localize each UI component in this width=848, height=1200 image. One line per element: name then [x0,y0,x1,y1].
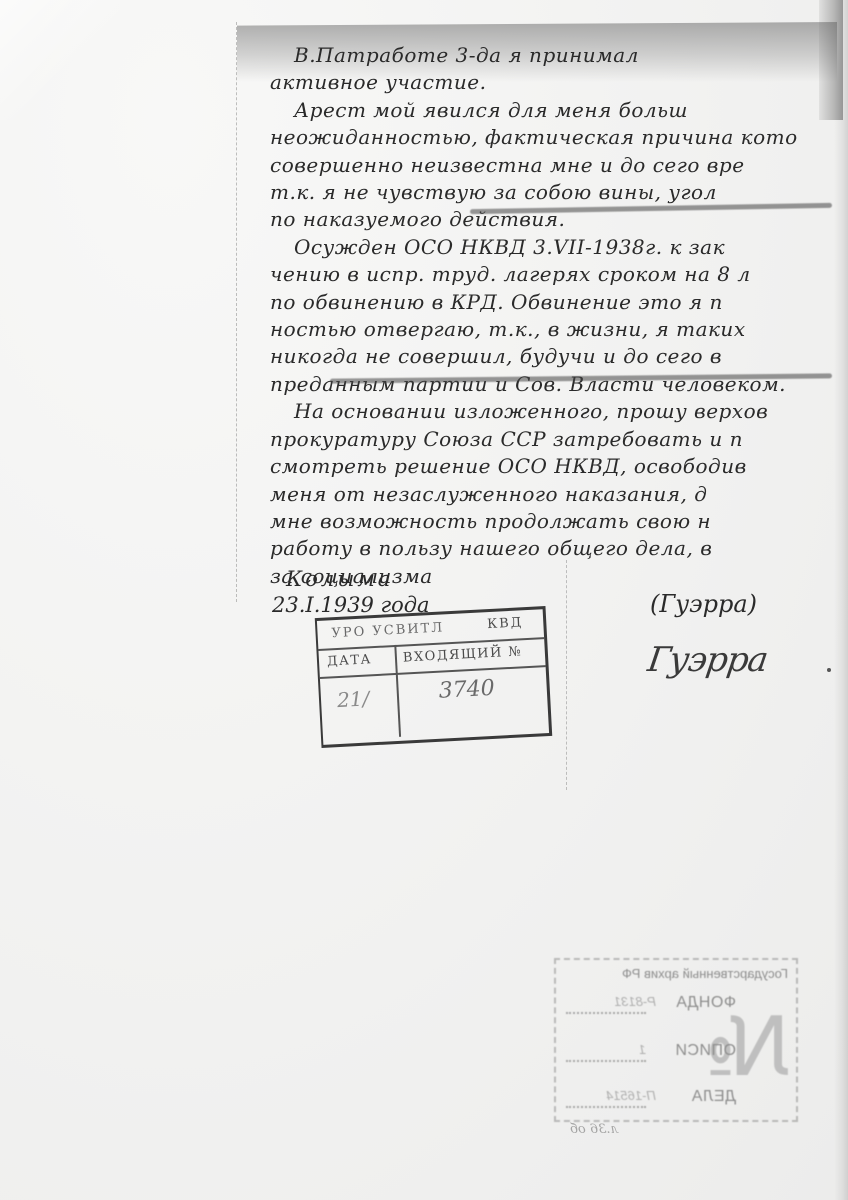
place-name: Колыма [272,566,430,592]
archive-sheet-note: л.36 об [570,1122,619,1137]
letter-line: неожиданностью, фактическая причина кото [270,124,840,151]
stamp-org: УРО УСВИТЛ [331,620,444,641]
letter-line: Арест мой явился для меня больш [270,97,840,124]
archive-field-value: П-16514 [606,1088,656,1103]
letter-line: На основании изложенного, прошу верхов [270,398,840,425]
letter-line: мне возможность продолжать свою н [270,508,840,535]
vertical-crease-line [566,560,567,790]
handwritten-letter-body: В.Патработе 3-да я принимал активное уча… [270,42,840,590]
registration-stamp: УРО УСВИТЛ КВД ДАТА ВХОДЯЩИЙ № 21/ 3740 [315,606,552,748]
letter-line: меня от незаслуженного наказания, д [270,481,840,508]
stamp-date-label: ДАТА [327,652,373,669]
letter-line: т.к. я не чувствую за собою вины, угол [270,179,840,206]
letter-line: прокуратуру Союза ССР затребовать и п [270,426,840,453]
letter-line: совершенно неизвестна мне и до сего вре [270,152,840,179]
archive-stamp-mirrored-content: Государственный архив РФ № ФОНДА Р-8131 … [556,960,796,1120]
letter-line: смотреть решение ОСО НКВД, освободив [270,453,840,480]
archive-title: Государственный архив РФ [622,966,788,981]
archive-field-line [566,1060,646,1062]
archive-field-value: 1 [639,1042,646,1057]
archive-field-label: ФОНДА [676,994,736,1012]
place-and-date: Колыма 23.I.1939 года [272,566,430,618]
letter-line: активное участие. [270,69,840,96]
stamp-incoming-label: ВХОДЯЩИЙ № [403,644,523,665]
author-name: (Гуэрра) [650,590,757,618]
ink-dot [827,668,831,672]
letter-line: ностью отвергаю, т.к., в жизни, я таких [270,316,840,343]
stamp-date-value: 21/ [336,686,369,712]
archive-field-value: Р-8131 [614,994,656,1009]
archive-field-line [566,1106,646,1108]
scanned-page: В.Патработе 3-да я принимал активное уча… [0,0,848,1200]
archive-field-line [566,1012,646,1014]
letter-line: В.Патработе 3-да я принимал [270,42,840,69]
paper-fold-highlight [0,0,120,120]
letter-line: никогда не совершил, будучи и до сего в [270,343,840,370]
signature: Гуэрра [645,640,770,680]
archive-field-label: ДЕЛА [691,1088,736,1106]
letter-line: работу в пользу нашего общего дела, в [270,535,840,562]
letter-line: Осужден ОСО НКВД 3.VII-1938г. к зак [270,234,840,261]
stamp-number-value: 3740 [438,676,495,704]
stamp-org-suffix: КВД [487,615,524,632]
archive-field-label: ОПИСИ [675,1042,736,1060]
letter-line: чению в испр. труд. лагерях сроком на 8 … [270,261,840,288]
letter-line: по обвинению в КРД. Обвинение это я п [270,289,840,316]
archive-stamp-bleedthrough: Государственный архив РФ № ФОНДА Р-8131 … [554,958,798,1122]
